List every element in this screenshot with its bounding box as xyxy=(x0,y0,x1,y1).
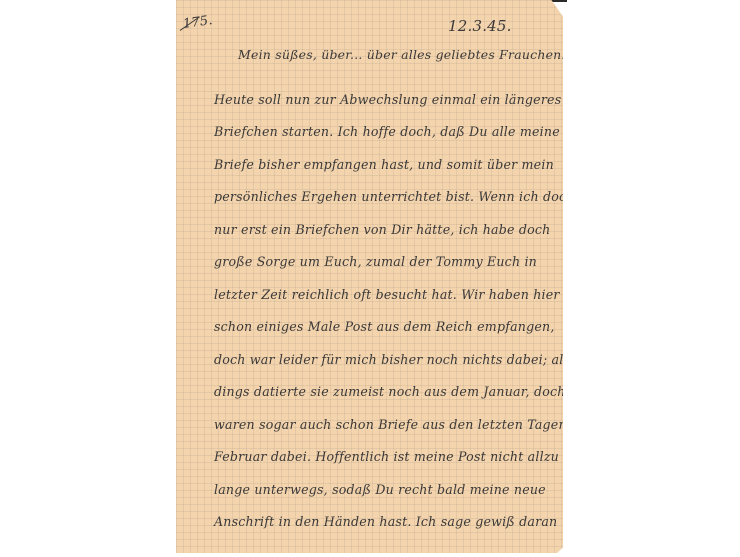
letter-line: nur erst ein Briefchen von Dir hätte, ic… xyxy=(214,222,551,237)
letter-line: schon einiges Male Post aus dem Reich em… xyxy=(214,319,555,334)
letter-page: 175. 12.3.45. Mein süßes, über... über a… xyxy=(176,0,563,553)
letter-line: lange unterwegs, sodaß Du recht bald mei… xyxy=(214,482,546,497)
letter-line: Februar dabei. Hoffentlich ist meine Pos… xyxy=(214,449,559,464)
letter-line: Briefchen starten. Ich hoffe doch, daß D… xyxy=(214,124,560,139)
letter-line: große Sorge um Euch, zumal der Tommy Euc… xyxy=(214,254,537,269)
letter-line: Briefe bisher empfangen hast, und somit … xyxy=(214,157,554,172)
letter-line: letzter Zeit reichlich oft besucht hat. … xyxy=(214,287,560,302)
letter-line: doch war leider für mich bisher noch nic… xyxy=(214,352,586,367)
letter-line: Heute soll nun zur Abwechslung einmal ei… xyxy=(214,92,561,107)
letter-line: Anschrift in den Händen hast. Ich sage g… xyxy=(214,514,557,529)
letter-line: persönliches Ergehen unterrichtet bist. … xyxy=(214,189,575,204)
letter-greeting: Mein süßes, über... über alles geliebtes… xyxy=(238,47,567,62)
letter-date: 12.3.45. xyxy=(448,17,512,35)
letter-line: dings datierte sie zumeist noch aus dem … xyxy=(214,384,566,399)
letter-line: waren sogar auch schon Briefe aus den le… xyxy=(214,417,594,432)
